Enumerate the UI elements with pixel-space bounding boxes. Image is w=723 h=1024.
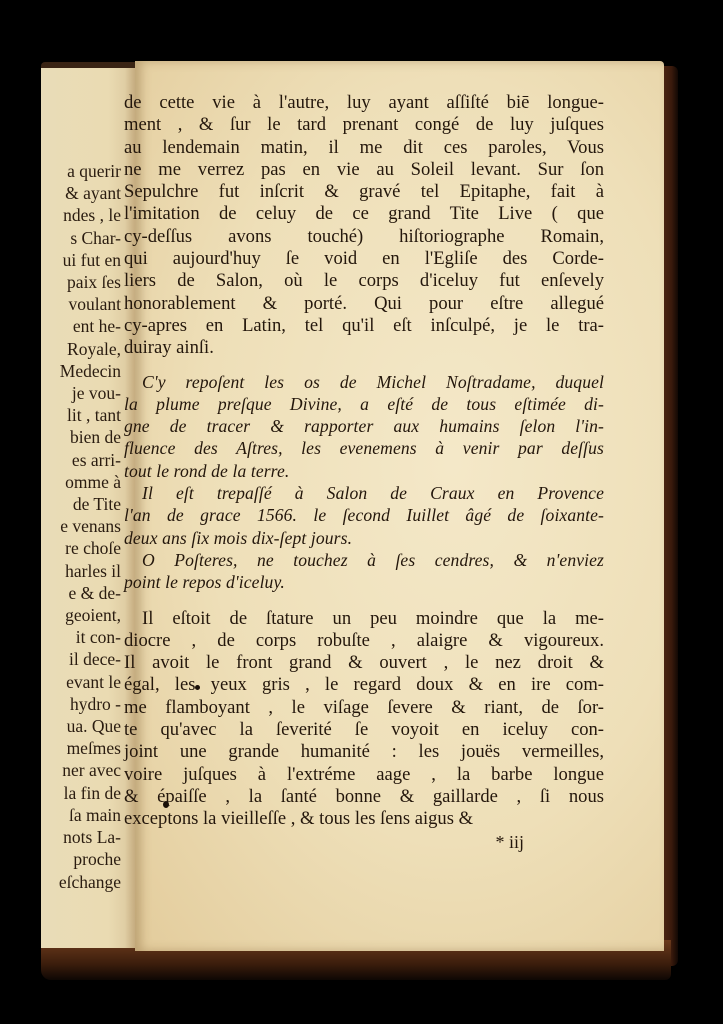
epitaph-paragraph-1: C'y repoſent les os de Michel Noſtradame…: [124, 371, 604, 482]
text-line: point le repos d'iceluy.: [124, 571, 604, 593]
text-line: Sepulchre fut inſcrit & gravé tel Epitap…: [124, 181, 604, 203]
left-text-line: paix ſes: [41, 271, 121, 293]
epitaph-paragraph-3: O Poſteres, ne touchez à ſes cendres, & …: [124, 549, 604, 594]
left-text-line: nots La-: [41, 826, 121, 848]
epitaph-paragraph-2: Il eſt trepaſſé à Salon de Craux en Prov…: [124, 482, 604, 549]
text-line: ne me verrez pas en vie au Soleil levant…: [124, 159, 604, 181]
left-text-line: je vou-: [41, 382, 121, 404]
text-line: O Poſteres, ne touchez à ſes cendres, & …: [124, 549, 604, 571]
right-page-text: de cette vie à l'autre, luy ayant aſſiſt…: [124, 92, 604, 853]
ink-spot: [163, 801, 169, 808]
text-line: me flamboyant , le viſage ſevere & riant…: [124, 697, 604, 719]
text-line: l'imitation de celuy de ce grand Tite Li…: [124, 203, 604, 225]
signature-mark: * iij: [124, 831, 604, 853]
left-text-line: lit , tant: [41, 404, 121, 426]
text-line: l'an de grace 1566. le ſecond Iuillet âg…: [124, 504, 604, 526]
text-line: de cette vie à l'autre, luy ayant aſſiſt…: [124, 92, 604, 114]
left-text-line: harles il: [41, 560, 121, 582]
left-text-line: it con-: [41, 626, 121, 648]
text-line: C'y repoſent les os de Michel Noſtradame…: [124, 371, 604, 393]
left-text-line: hydro -: [41, 693, 121, 715]
left-text-line: es arri-: [41, 449, 121, 471]
text-line: tout le rond de la terre.: [124, 460, 604, 482]
left-page-text: a querir& ayantndes , les Char-ui fut en…: [41, 160, 121, 893]
left-page: a querir& ayantndes , les Char-ui fut en…: [41, 68, 137, 948]
text-line: diocre , de corps robuſte , alaigre & vi…: [124, 630, 604, 652]
text-line: deux ans ſix mois dix-ſept jours.: [124, 527, 604, 549]
text-line: cy-apres en Latin, tel qu'il eſt inſculp…: [124, 315, 604, 337]
left-text-line: ent he-: [41, 315, 121, 337]
paragraph-death-narrative: de cette vie à l'autre, luy ayant aſſiſt…: [124, 92, 604, 360]
ink-spot: [195, 685, 200, 690]
text-line: Il eſt trepaſſé à Salon de Craux en Prov…: [124, 482, 604, 504]
text-line: honorablement & porté. Qui pour eſtre al…: [124, 293, 604, 315]
text-line: fluence des Aſtres, les evenemens à veni…: [124, 437, 604, 459]
left-text-line: re choſe: [41, 537, 121, 559]
text-line: la plume preſque Divine, a eſté de tous …: [124, 393, 604, 415]
text-line: ment , & ſur le tard prenant congé de lu…: [124, 114, 604, 136]
left-text-line: de Tite: [41, 493, 121, 515]
text-line: Il eſtoit de ſtature un peu moindre que …: [124, 608, 604, 630]
left-text-line: e venans: [41, 515, 121, 537]
text-line: duiray ainſi.: [124, 337, 604, 359]
left-text-line: Medecin: [41, 360, 121, 382]
left-text-line: ui fut en: [41, 249, 121, 271]
left-text-line: Royale,: [41, 338, 121, 360]
left-text-line: s Char-: [41, 227, 121, 249]
left-text-line: ner avec: [41, 759, 121, 781]
left-text-line: la fin de: [41, 782, 121, 804]
left-text-line: ndes , le: [41, 204, 121, 226]
left-text-line: ſa main: [41, 804, 121, 826]
left-text-line: evant le: [41, 671, 121, 693]
left-text-line: proche: [41, 848, 121, 870]
left-text-line: e & de-: [41, 582, 121, 604]
left-text-line: il dece-: [41, 648, 121, 670]
text-line: exceptons la vieilleſſe , & tous les ſen…: [124, 808, 604, 830]
text-line: cy-deſſus avons touché) hiſtoriographe R…: [124, 226, 604, 248]
text-line: au lendemain matin, il me dit ces parole…: [124, 137, 604, 159]
text-line: te qu'avec la ſeverité ſe voyoit en icel…: [124, 719, 604, 741]
text-line: liers de Salon, où le corps d'iceluy fut…: [124, 270, 604, 292]
paragraph-physical-description: Il eſtoit de ſtature un peu moindre que …: [124, 608, 604, 831]
left-text-line: geoient,: [41, 604, 121, 626]
left-text-line: voulant: [41, 293, 121, 315]
left-text-line: ua. Que: [41, 715, 121, 737]
text-line: & épaiſſe , la ſanté bonne & gaillarde ,…: [124, 786, 604, 808]
text-line: Il avoit le front grand & ouvert , le ne…: [124, 652, 604, 674]
left-text-line: & ayant: [41, 182, 121, 204]
left-text-line: a querir: [41, 160, 121, 182]
left-text-line: meſmes: [41, 737, 121, 759]
text-line: joint une grande humanité : les jouës ve…: [124, 741, 604, 763]
left-text-line: eſchange: [41, 871, 121, 893]
left-text-line: bien de: [41, 426, 121, 448]
text-line: qui aujourd'huy ſe void en l'Egliſe des …: [124, 248, 604, 270]
text-line: gne de tracer & rapporter aux humains ſe…: [124, 415, 604, 437]
left-text-line: omme à: [41, 471, 121, 493]
text-line: voire juſques à l'extréme aage , la barb…: [124, 764, 604, 786]
